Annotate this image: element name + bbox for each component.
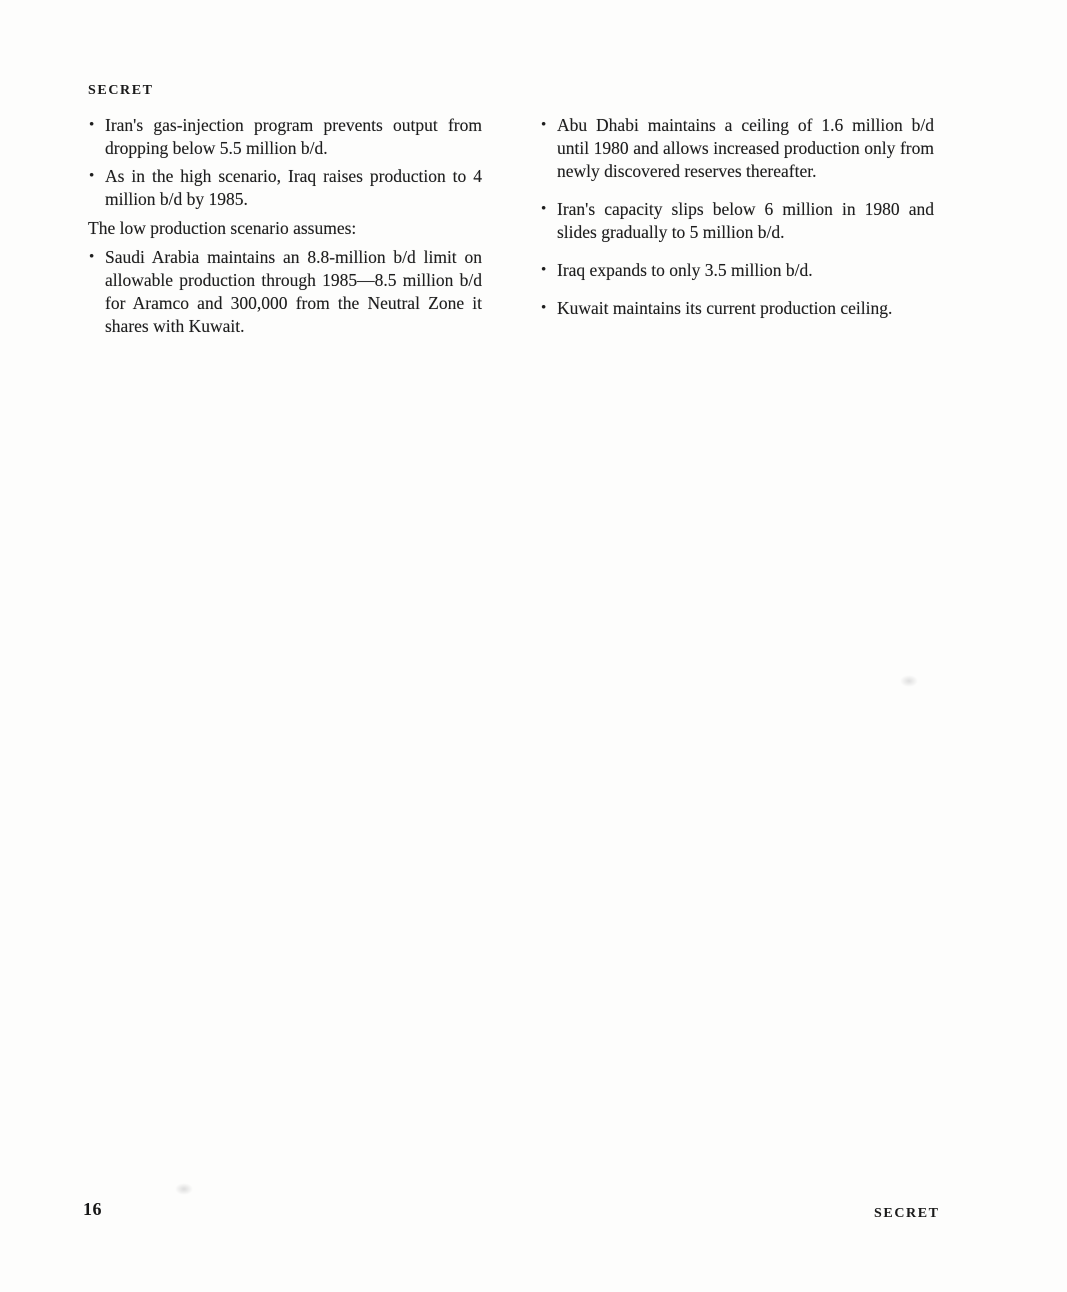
list-item: • Iran's capacity slips below 6 million … [540,198,934,244]
bullet-text: Saudi Arabia maintains an 8.8-million b/… [105,247,482,336]
bullet-icon: • [541,114,546,137]
bullet-icon: • [541,259,546,282]
bullet-icon: • [541,198,546,221]
document-page: SECRET • Iran's gas-injection program pr… [0,0,1067,1292]
classification-footer: SECRET [874,1206,940,1222]
bullet-text: Iraq expands to only 3.5 million b/d. [557,260,813,280]
list-item: • Saudi Arabia maintains an 8.8-million … [88,246,482,338]
list-item: • Iraq expands to only 3.5 million b/d. [540,259,934,282]
bullet-text: Abu Dhabi maintains a ceiling of 1.6 mil… [557,115,934,181]
two-column-body: • Iran's gas-injection program prevents … [88,114,934,343]
bullet-text: As in the high scenario, Iraq raises pro… [105,166,482,209]
list-item: • Abu Dhabi maintains a ceiling of 1.6 m… [540,114,934,183]
paragraph-lead-in: The low production scenario assumes: [88,217,482,240]
bullet-text: Iran's gas-injection program prevents ou… [105,115,482,158]
left-column: • Iran's gas-injection program prevents … [88,114,482,343]
bullet-text: Iran's capacity slips below 6 million in… [557,199,934,242]
bullet-icon: • [89,165,94,188]
scan-artifact [900,675,918,687]
bullet-icon: • [541,297,546,320]
bullet-text: Kuwait maintains its current production … [557,298,892,318]
right-column: • Abu Dhabi maintains a ceiling of 1.6 m… [540,114,934,343]
bullet-icon: • [89,114,94,137]
list-item: • Kuwait maintains its current productio… [540,297,934,320]
bullet-icon: • [89,246,94,269]
classification-header: SECRET [88,83,154,99]
list-item: • Iran's gas-injection program prevents … [88,114,482,160]
page-number: 16 [83,1199,102,1220]
scan-artifact [175,1183,193,1195]
list-item: • As in the high scenario, Iraq raises p… [88,165,482,211]
